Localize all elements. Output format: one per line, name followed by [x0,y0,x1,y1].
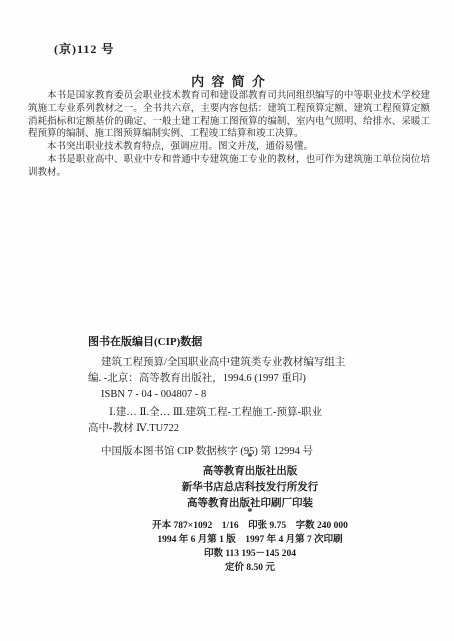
cip-heading: 图书在版编目(CIP)数据 [88,334,398,350]
publisher-block: 高等教育出版社出版 新华书店总店科技发行所发行 高等教育出版社印刷厂印装 [43,464,454,512]
book-copyright-page: (京)112 号 内 容 简 介 本书是国家教育委员会职业技术教育司和建设部教育… [0,0,454,641]
cip-isbn: ISBN 7 - 04 - 004807 - 8 [88,387,398,403]
summary-title: 内 容 简 介 [28,71,430,90]
cip-class-line: Ⅰ.建… Ⅱ.全… Ⅲ.建筑工程-工程施工-预算-职业 [88,405,398,421]
cip-class-line: 高中-教材 Ⅳ.TU722 [88,421,398,437]
section-separator-star: * [43,508,454,518]
summary-paragraph: 本书突出职业技术教育特点，强调应用。图文并茂，通俗易懂。 [28,141,430,154]
distributor-line: 新华书店总店科技发行所发行 [43,480,454,496]
colophon-block: 开本 787×1092 1/16 印张 9.75 字数 240 000 1994… [43,519,454,575]
cip-imprint-line: 编. -北京：高等教育出版社，1994.6 (1997 重印) [88,371,398,387]
format-line: 开本 787×1092 1/16 印张 9.75 字数 240 000 [43,519,454,533]
cip-block: 图书在版编目(CIP)数据 建筑工程预算/全国职业高中建筑类专业教材编写组主 编… [88,334,398,460]
summary-paragraph: 本书是国家教育委员会职业技术教育司和建设部教育司共同组织编写的中等职业技术学校建… [28,90,430,141]
summary-paragraph: 本书是职业高中、职业中专和普通中专建筑施工专业的教材，也可作为建筑施工单位岗位培… [28,154,430,180]
registration-number: (京)112 号 [54,40,114,57]
cip-title-line: 建筑工程预算/全国职业高中建筑类专业教材编写组主 [88,355,398,371]
price-line: 定价 8.50 元 [43,561,454,575]
publisher-line: 高等教育出版社出版 [43,464,454,480]
summary-paragraphs: 本书是国家教育委员会职业技术教育司和建设部教育司共同组织编写的中等职业技术学校建… [28,90,430,180]
edition-line: 1994 年 6 月第 1 版 1997 年 4 月第 7 次印刷 [43,533,454,547]
section-separator-star: * [43,453,454,463]
print-run-line: 印数 113 195－145 204 [43,547,454,561]
